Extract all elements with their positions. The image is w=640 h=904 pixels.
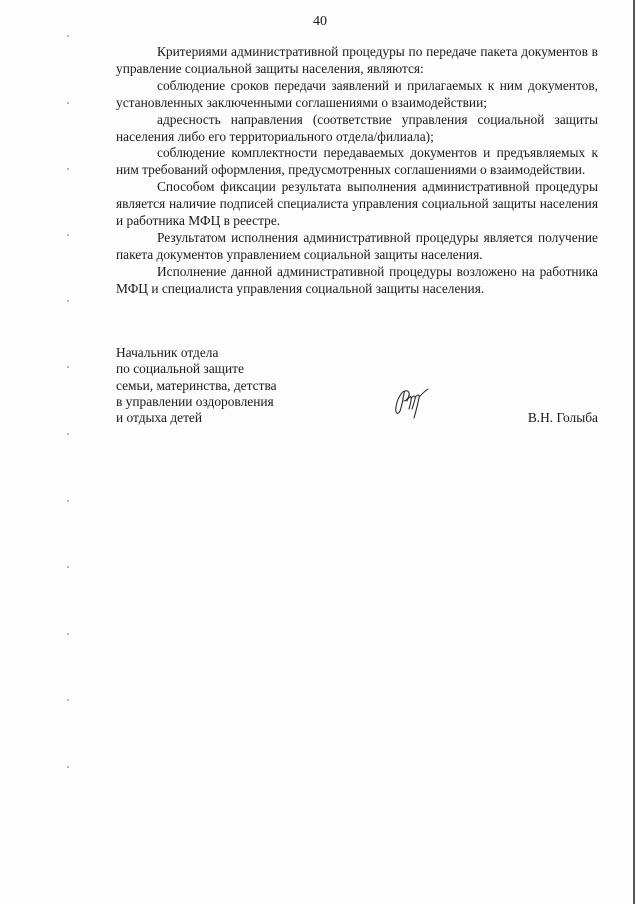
signature-block: Начальник отдела по социальной защите се… bbox=[116, 345, 598, 425]
paragraph-result: Результатом исполнения административной … bbox=[116, 230, 598, 264]
document-body: Критериями административной процедуры по… bbox=[116, 44, 598, 298]
scan-artifact bbox=[67, 234, 69, 236]
scan-artifact bbox=[67, 766, 69, 768]
position-line: в управлении оздоровления bbox=[116, 394, 336, 410]
signer-position: Начальник отдела по социальной защите се… bbox=[116, 345, 336, 426]
paragraph-criteria-addressing: адресность направления (соответствие упр… bbox=[116, 112, 598, 146]
paragraph-responsibility: Исполнение данной административной проце… bbox=[116, 264, 598, 298]
paragraph-criteria-intro: Критериями административной процедуры по… bbox=[116, 44, 598, 78]
scan-artifact bbox=[67, 566, 69, 568]
position-line: Начальник отдела bbox=[116, 345, 336, 361]
paragraph-recording-method: Способом фиксации результата выполнения … bbox=[116, 179, 598, 230]
scan-artifact bbox=[67, 366, 69, 368]
scan-artifact bbox=[67, 35, 69, 37]
page-number: 40 bbox=[0, 14, 640, 30]
scan-artifact bbox=[67, 102, 69, 104]
scan-artifact bbox=[67, 500, 69, 502]
scan-artifact bbox=[67, 168, 69, 170]
signer-name: В.Н. Голыба bbox=[528, 410, 598, 426]
document-page: 40 Критериями административной процедуры… bbox=[0, 0, 640, 904]
scan-artifact bbox=[67, 699, 69, 701]
position-line: и отдыха детей bbox=[116, 410, 336, 426]
position-line: по социальной защите bbox=[116, 361, 336, 377]
paragraph-criteria-completeness: соблюдение комплектности передаваемых до… bbox=[116, 145, 598, 179]
position-line: семьи, материнства, детства bbox=[116, 378, 336, 394]
handwritten-signature-icon bbox=[393, 387, 433, 421]
paragraph-criteria-deadlines: соблюдение сроков передачи заявлений и п… bbox=[116, 78, 598, 112]
scan-artifact bbox=[67, 300, 69, 302]
scan-artifact bbox=[67, 633, 69, 635]
scan-artifact bbox=[67, 433, 69, 435]
scan-page-edge bbox=[633, 0, 635, 904]
